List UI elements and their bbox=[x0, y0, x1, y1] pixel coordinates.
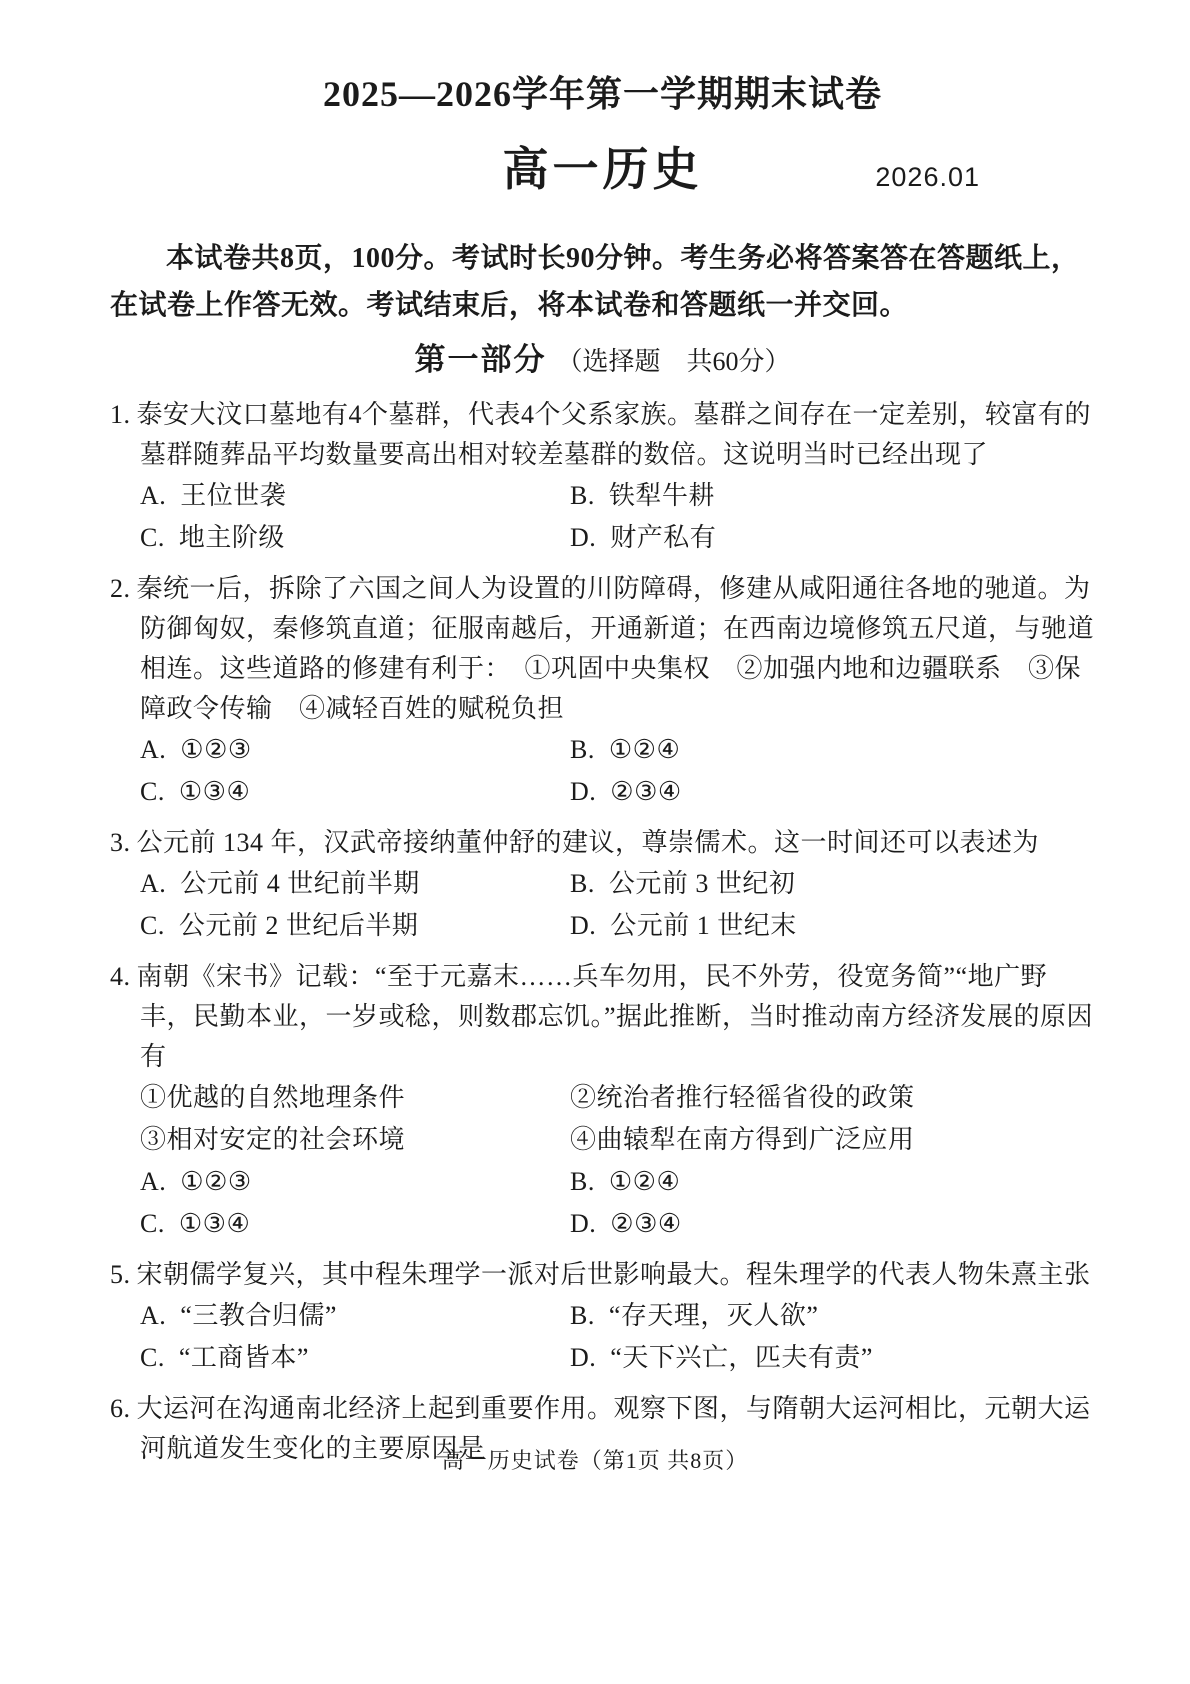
sub-point: ④曲辕犁在南方得到广泛应用 bbox=[570, 1119, 1095, 1161]
option: C.公元前 2 世纪后半期 bbox=[140, 905, 570, 947]
question-stem-text: 宋朝儒学复兴，其中程朱理学一派对后世影响最大。程朱理学的代表人物朱熹主张 bbox=[137, 1260, 1091, 1289]
option: A.“三教合归儒” bbox=[140, 1295, 570, 1337]
question-options: A.①②③B.①②④C.①③④D.②③④ bbox=[140, 1161, 1095, 1245]
option-label: B. bbox=[570, 1301, 595, 1330]
section-title: 第一部分 bbox=[414, 342, 546, 377]
subject-row: 高一历史 2026.01 bbox=[110, 142, 1095, 209]
exam-title: 2025—2026学年第一学期期末试卷 bbox=[110, 72, 1095, 116]
option-label: B. bbox=[570, 869, 595, 898]
option-text: 王位世袭 bbox=[180, 481, 286, 510]
option-text: 公元前 4 世纪前半期 bbox=[180, 869, 420, 898]
option-label: D. bbox=[570, 523, 596, 552]
option: D.②③④ bbox=[570, 771, 1095, 813]
option: B.公元前 3 世纪初 bbox=[570, 863, 1095, 905]
question: 4.南朝《宋书》记载：“至于元嘉末……兵车勿用，民不外劳，役宽务简”“地广野丰，… bbox=[110, 957, 1095, 1245]
option-label: A. bbox=[140, 481, 166, 510]
subject-title: 高一历史 bbox=[503, 144, 703, 195]
question-stem: 5.宋朝儒学复兴，其中程朱理学一派对后世影响最大。程朱理学的代表人物朱熹主张 bbox=[110, 1255, 1095, 1295]
option-text: “三教合归儒” bbox=[180, 1301, 337, 1330]
question-stem-text: 南朝《宋书》记载：“至于元嘉末……兵车勿用，民不外劳，役宽务简”“地广野丰，民勤… bbox=[137, 962, 1094, 1071]
option-text: “工商皆本” bbox=[179, 1343, 309, 1372]
option: A.王位世袭 bbox=[140, 475, 570, 517]
option-label: A. bbox=[140, 869, 166, 898]
question-stem: 4.南朝《宋书》记载：“至于元嘉末……兵车勿用，民不外劳，役宽务简”“地广野丰，… bbox=[110, 957, 1095, 1077]
exam-instructions: 本试卷共8页，100分。考试时长90分钟。考生务必将答案答在答题纸上，在试卷上作… bbox=[110, 235, 1095, 329]
option: C.①③④ bbox=[140, 771, 570, 813]
question-number: 5. bbox=[110, 1260, 131, 1289]
option-text: “存天理，灭人欲” bbox=[609, 1301, 819, 1330]
question-stem: 2.秦统一后，拆除了六国之间人为设置的川防障碍，修建从咸阳通往各地的驰道。为防御… bbox=[110, 569, 1095, 729]
option-text: ①③④ bbox=[179, 777, 250, 806]
question-stem-text: 秦统一后，拆除了六国之间人为设置的川防障碍，修建从咸阳通往各地的驰道。为防御匈奴… bbox=[137, 574, 1095, 723]
option-label: C. bbox=[140, 523, 165, 552]
option-text: ②③④ bbox=[610, 1209, 681, 1238]
option-label: B. bbox=[570, 481, 595, 510]
page-footer: 高一历史试卷（第1页 共8页） bbox=[0, 1444, 1190, 1475]
option-text: 公元前 3 世纪初 bbox=[609, 869, 796, 898]
question-number: 6. bbox=[110, 1394, 131, 1423]
option-label: C. bbox=[140, 911, 165, 940]
question-number: 2. bbox=[110, 574, 131, 603]
option-text: ①②③ bbox=[180, 735, 251, 764]
option-text: 铁犁牛耕 bbox=[609, 481, 715, 510]
question-options: A.①②③B.①②④C.①③④D.②③④ bbox=[140, 729, 1095, 813]
exam-date: 2026.01 bbox=[875, 149, 980, 205]
option: B.“存天理，灭人欲” bbox=[570, 1295, 1095, 1337]
questions-list: 1.泰安大汶口墓地有4个墓群，代表4个父系家族。墓群之间存在一定差别，较富有的墓… bbox=[110, 395, 1095, 1469]
option: B.铁犁牛耕 bbox=[570, 475, 1095, 517]
question-number: 4. bbox=[110, 962, 131, 991]
option-text: ①③④ bbox=[179, 1209, 250, 1238]
option-label: A. bbox=[140, 735, 166, 764]
option-text: ①②④ bbox=[609, 735, 680, 764]
sub-point: ①优越的自然地理条件 bbox=[140, 1077, 570, 1119]
option: A.公元前 4 世纪前半期 bbox=[140, 863, 570, 905]
option-text: 公元前 1 世纪末 bbox=[610, 911, 797, 940]
question-stem: 3.公元前 134 年，汉武帝接纳董仲舒的建议，尊崇儒术。这一时间还可以表述为 bbox=[110, 823, 1095, 863]
option: C.“工商皆本” bbox=[140, 1337, 570, 1379]
option-text: ①②③ bbox=[180, 1167, 251, 1196]
question-stem-text: 泰安大汶口墓地有4个墓群，代表4个父系家族。墓群之间存在一定差别，较富有的墓群随… bbox=[137, 400, 1092, 469]
option-text: 地主阶级 bbox=[179, 523, 285, 552]
option: A.①②③ bbox=[140, 1161, 570, 1203]
option-label: D. bbox=[570, 1209, 596, 1238]
section-subtitle: （选择题 共60分） bbox=[556, 347, 790, 376]
option: C.地主阶级 bbox=[140, 517, 570, 559]
question-number: 1. bbox=[110, 400, 131, 429]
question-stem-text: 公元前 134 年，汉武帝接纳董仲舒的建议，尊崇儒术。这一时间还可以表述为 bbox=[137, 828, 1040, 857]
option-label: C. bbox=[140, 1343, 165, 1372]
option-label: B. bbox=[570, 1167, 595, 1196]
option-text: ①②④ bbox=[609, 1167, 680, 1196]
question-options: A.“三教合归儒”B.“存天理，灭人欲”C.“工商皆本”D.“天下兴亡，匹夫有责… bbox=[140, 1295, 1095, 1379]
option-label: D. bbox=[570, 777, 596, 806]
option-text: ②③④ bbox=[610, 777, 681, 806]
question: 1.泰安大汶口墓地有4个墓群，代表4个父系家族。墓群之间存在一定差别，较富有的墓… bbox=[110, 395, 1095, 559]
question: 3.公元前 134 年，汉武帝接纳董仲舒的建议，尊崇儒术。这一时间还可以表述为 … bbox=[110, 823, 1095, 947]
option-label: D. bbox=[570, 911, 596, 940]
sub-point: ②统治者推行轻徭省役的政策 bbox=[570, 1077, 1095, 1119]
option: D.公元前 1 世纪末 bbox=[570, 905, 1095, 947]
option-label: C. bbox=[140, 1209, 165, 1238]
option: B.①②④ bbox=[570, 1161, 1095, 1203]
sub-point: ③相对安定的社会环境 bbox=[140, 1119, 570, 1161]
option: D.财产私有 bbox=[570, 517, 1095, 559]
option-label: C. bbox=[140, 777, 165, 806]
section-header: 第一部分（选择题 共60分） bbox=[110, 337, 1095, 389]
option: A.①②③ bbox=[140, 729, 570, 771]
option-text: 财产私有 bbox=[610, 523, 716, 552]
question-number: 3. bbox=[110, 828, 131, 857]
option: D.“天下兴亡，匹夫有责” bbox=[570, 1337, 1095, 1379]
question-stem: 1.泰安大汶口墓地有4个墓群，代表4个父系家族。墓群之间存在一定差别，较富有的墓… bbox=[110, 395, 1095, 475]
question: 5.宋朝儒学复兴，其中程朱理学一派对后世影响最大。程朱理学的代表人物朱熹主张 A… bbox=[110, 1255, 1095, 1379]
exam-page: 2025—2026学年第一学期期末试卷 高一历史 2026.01 本试卷共8页，… bbox=[0, 0, 1190, 1684]
option: B.①②④ bbox=[570, 729, 1095, 771]
question-options: A.王位世袭B.铁犁牛耕C.地主阶级D.财产私有 bbox=[140, 475, 1095, 559]
option-label: A. bbox=[140, 1301, 166, 1330]
question-options: A.公元前 4 世纪前半期B.公元前 3 世纪初C.公元前 2 世纪后半期D.公… bbox=[140, 863, 1095, 947]
option: C.①③④ bbox=[140, 1203, 570, 1245]
option: D.②③④ bbox=[570, 1203, 1095, 1245]
option-label: D. bbox=[570, 1343, 596, 1372]
option-label: B. bbox=[570, 735, 595, 764]
question-subpoints: ①优越的自然地理条件②统治者推行轻徭省役的政策③相对安定的社会环境④曲辕犁在南方… bbox=[140, 1077, 1095, 1161]
option-text: “天下兴亡，匹夫有责” bbox=[610, 1343, 873, 1372]
question: 2.秦统一后，拆除了六国之间人为设置的川防障碍，修建从咸阳通往各地的驰道。为防御… bbox=[110, 569, 1095, 813]
option-text: 公元前 2 世纪后半期 bbox=[179, 911, 419, 940]
option-label: A. bbox=[140, 1167, 166, 1196]
